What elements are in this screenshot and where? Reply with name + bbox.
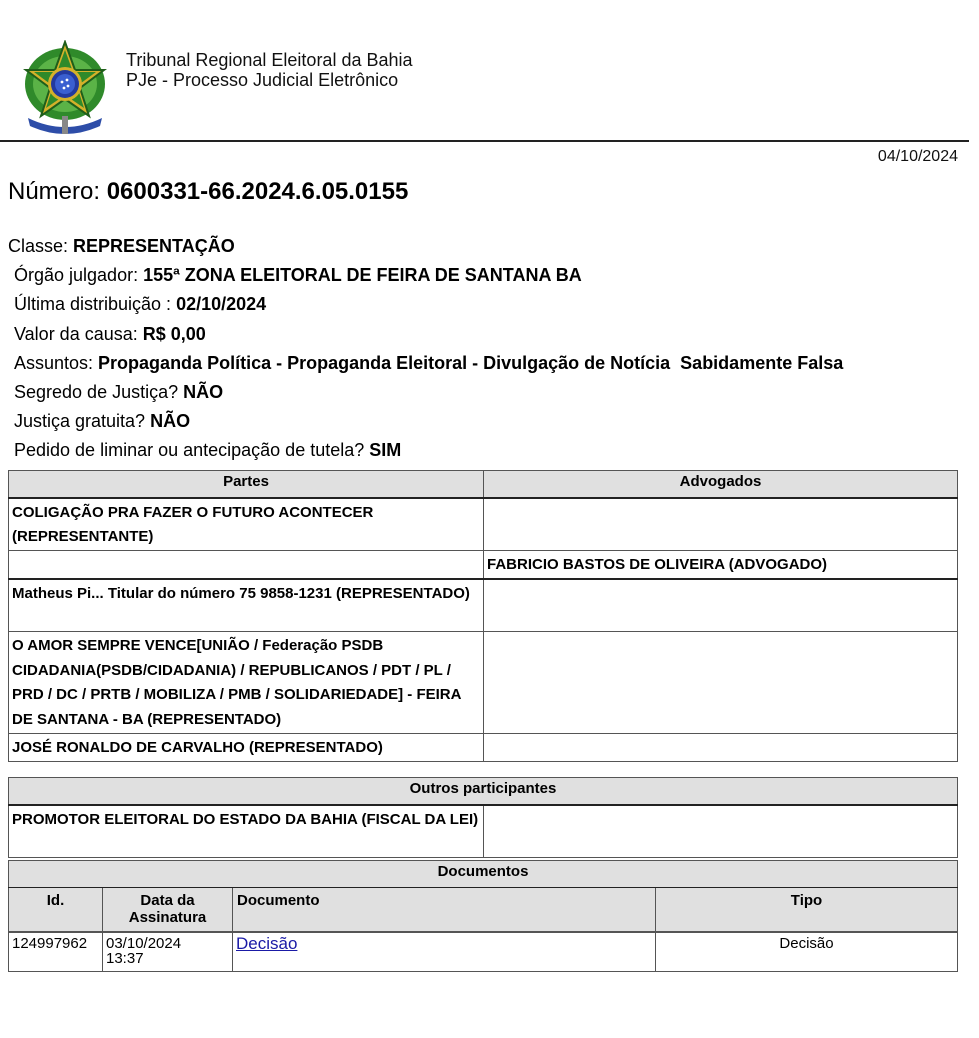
- documentos-table: Documentos Id. Data da Assinatura Docume…: [8, 860, 958, 972]
- page-header: Tribunal Regional Eleitoral da Bahia PJe…: [0, 0, 979, 142]
- meta-label: Última distribuição :: [14, 294, 176, 314]
- system-name: PJe - Processo Judicial Eletrônico: [126, 70, 413, 90]
- meta-label: Segredo de Justiça?: [14, 382, 183, 402]
- outros-participantes-table: Outros participantes PROMOTOR ELEITORAL …: [8, 777, 958, 858]
- document-date: 04/10/2024: [878, 148, 958, 166]
- advogado-cell: [484, 498, 958, 551]
- participante-cell: PROMOTOR ELEITORAL DO ESTADO DA BAHIA (F…: [9, 805, 484, 858]
- document-date-value: 03/10/2024 13:37: [106, 936, 196, 966]
- process-number: Número: 0600331-66.2024.6.05.0155: [8, 178, 408, 206]
- partes-table: Partes Advogados COLIGAÇÃO PRA FAZER O F…: [8, 470, 958, 762]
- documento-header: Documento: [233, 888, 656, 932]
- partes-header-row: Partes Advogados: [9, 471, 958, 498]
- parte-cell: COLIGAÇÃO PRA FAZER O FUTURO ACONTECER (…: [9, 498, 484, 551]
- documentos-title: Documentos: [9, 861, 958, 888]
- meta-value: 02/10/2024: [176, 294, 266, 314]
- meta-assuntos: Assuntos: Propaganda Política - Propagan…: [8, 349, 843, 378]
- parte-cell: O AMOR SEMPRE VENCE[UNIÃO / Federação PS…: [9, 632, 484, 734]
- advogado-cell: [484, 734, 958, 762]
- advogados-header: Advogados: [484, 471, 958, 498]
- meta-label: Órgão julgador:: [14, 265, 143, 285]
- meta-value: NÃO: [150, 411, 190, 431]
- meta-value: NÃO: [183, 382, 223, 402]
- outros-participantes-header: Outros participantes: [9, 778, 958, 805]
- advogado-cell: FABRICIO BASTOS DE OLIVEIRA (ADVOGADO): [484, 551, 958, 579]
- meta-label: Assuntos:: [14, 353, 98, 373]
- partes-header: Partes: [9, 471, 484, 498]
- meta-label: Justiça gratuita?: [14, 411, 150, 431]
- table-row: JOSÉ RONALDO DE CARVALHO (REPRESENTADO): [9, 734, 958, 762]
- document-link[interactable]: Decisão: [236, 934, 297, 953]
- advogado-cell: [484, 632, 958, 734]
- header-divider: [0, 140, 969, 142]
- document-date-cell: 03/10/2024 13:37: [103, 932, 233, 972]
- meta-valor-causa: Valor da causa: R$ 0,00: [8, 320, 843, 349]
- process-metadata: Classe: REPRESENTAÇÃO Órgão julgador: 15…: [8, 232, 843, 466]
- brazil-coat-of-arms-icon: [20, 40, 110, 138]
- documentos-header-row: Id. Data da Assinatura Documento Tipo: [9, 888, 958, 932]
- meta-value: 155ª ZONA ELEITORAL DE FEIRA DE SANTANA …: [143, 265, 582, 285]
- meta-label: Classe:: [8, 236, 73, 256]
- document-id-cell: 124997962: [9, 932, 103, 972]
- id-header: Id.: [9, 888, 103, 932]
- outros-header-row: Outros participantes: [9, 778, 958, 805]
- advogado-cell: [484, 579, 958, 632]
- meta-segredo-justica: Segredo de Justiça? NÃO: [8, 378, 843, 407]
- parte-cell: [9, 551, 484, 579]
- meta-justica-gratuita: Justiça gratuita? NÃO: [8, 407, 843, 436]
- table-row: FABRICIO BASTOS DE OLIVEIRA (ADVOGADO): [9, 551, 958, 579]
- document-name-cell: Decisão: [233, 932, 656, 972]
- meta-orgao-julgador: Órgão julgador: 155ª ZONA ELEITORAL DE F…: [8, 261, 843, 290]
- table-row: 124997962 03/10/2024 13:37 Decisão Decis…: [9, 932, 958, 972]
- data-assinatura-header: Data da Assinatura: [103, 888, 233, 932]
- table-row: O AMOR SEMPRE VENCE[UNIÃO / Federação PS…: [9, 632, 958, 734]
- meta-classe: Classe: REPRESENTAÇÃO: [8, 232, 843, 261]
- meta-label: Pedido de liminar ou antecipação de tute…: [14, 440, 369, 460]
- meta-value: REPRESENTAÇÃO: [73, 236, 235, 256]
- table-row: COLIGAÇÃO PRA FAZER O FUTURO ACONTECER (…: [9, 498, 958, 551]
- meta-label: Valor da causa:: [14, 324, 143, 344]
- meta-pedido-liminar: Pedido de liminar ou antecipação de tute…: [8, 436, 843, 465]
- document-type-cell: Decisão: [656, 932, 958, 972]
- table-row: Matheus Pi... Titular do número 75 9858-…: [9, 579, 958, 632]
- parte-cell: JOSÉ RONALDO DE CARVALHO (REPRESENTADO): [9, 734, 484, 762]
- process-number-value: 0600331-66.2024.6.05.0155: [107, 178, 409, 205]
- documentos-title-row: Documentos: [9, 861, 958, 888]
- participante-extra-cell: [484, 805, 958, 858]
- court-name: Tribunal Regional Eleitoral da Bahia: [126, 50, 413, 70]
- parte-cell: Matheus Pi... Titular do número 75 9858-…: [9, 579, 484, 632]
- meta-value: R$ 0,00: [143, 324, 206, 344]
- tipo-header: Tipo: [656, 888, 958, 932]
- process-number-label: Número:: [8, 178, 107, 205]
- table-row: PROMOTOR ELEITORAL DO ESTADO DA BAHIA (F…: [9, 805, 958, 858]
- meta-value: Propaganda Política - Propaganda Eleitor…: [98, 353, 843, 373]
- meta-ultima-distribuicao: Última distribuição : 02/10/2024: [8, 290, 843, 319]
- meta-value: SIM: [369, 440, 401, 460]
